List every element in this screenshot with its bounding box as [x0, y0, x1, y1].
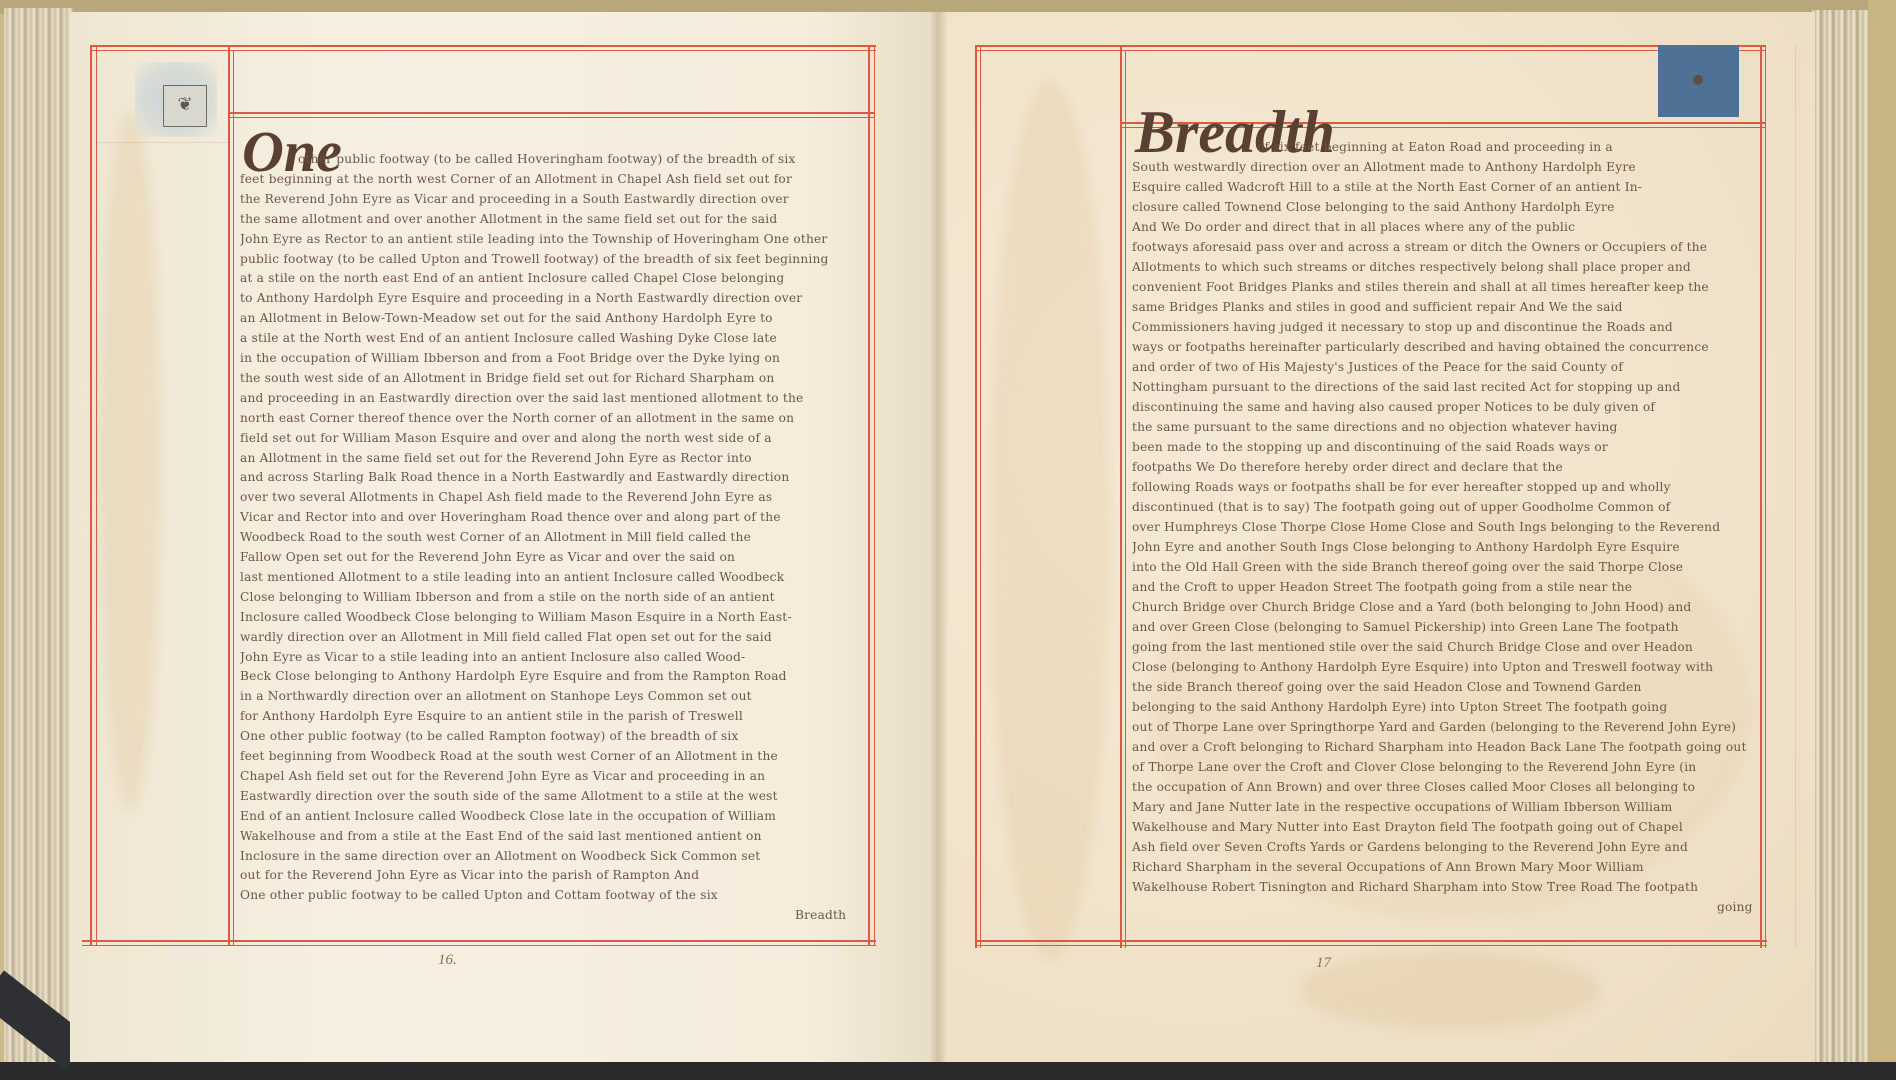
manuscript-line: an Allotment in the same field set out f… [240, 451, 870, 465]
book-gutter [930, 12, 948, 1062]
manuscript-line: One other public footway (to be called R… [240, 729, 870, 743]
manuscript-line: following Roads ways or footpaths shall … [1132, 480, 1758, 494]
manuscript-line: the occupation of Ann Brown) and over th… [1132, 780, 1758, 794]
manuscript-line: north east Corner thereof thence over th… [240, 411, 870, 425]
manuscript-line: discontinuing the same and having also c… [1132, 400, 1758, 414]
manuscript-line: Wakelhouse and Mary Nutter into East Dra… [1132, 820, 1758, 834]
manuscript-line: and proceeding in an Eastwardly directio… [240, 391, 870, 405]
manuscript-line: and over Green Close (belonging to Samue… [1132, 620, 1758, 634]
faint-ruling [1795, 45, 1796, 948]
manuscript-line: over Humphreys Close Thorpe Close Home C… [1132, 520, 1758, 534]
manuscript-line: And We Do order and direct that in all p… [1132, 220, 1758, 234]
right-bottom-rule [975, 940, 1767, 942]
left-top-rule-inner [90, 50, 876, 51]
manuscript-line: Fallow Open set out for the Reverend Joh… [240, 550, 870, 564]
manuscript-line: in the occupation of William Ibberson an… [240, 351, 870, 365]
manuscript-line: the Reverend John Eyre as Vicar and proc… [240, 192, 870, 206]
manuscript-line: discontinued (that is to say) The footpa… [1132, 500, 1758, 514]
left-bottom-rule-outer [82, 945, 876, 946]
manuscript-line: the south west side of an Allotment in B… [240, 371, 870, 385]
manuscript-line: Wakelhouse and from a stile at the East … [240, 829, 870, 843]
manuscript-line: John Eyre as Rector to an antient stile … [240, 232, 870, 246]
manuscript-line: Close (belonging to Anthony Hardolph Eyr… [1132, 660, 1758, 674]
left-margin-rule [228, 45, 230, 946]
manuscript-line: footways aforesaid pass over and across … [1132, 240, 1758, 254]
right-outer-rule [975, 45, 977, 948]
manuscript-line: Nottingham pursuant to the directions of… [1132, 380, 1758, 394]
right-right-rule [1760, 45, 1762, 948]
manuscript-line: same Bridges Planks and stiles in good a… [1132, 300, 1758, 314]
manuscript-line: last mentioned Allotment to a stile lead… [240, 570, 870, 584]
manuscript-line: out of Thorpe Lane over Springthorpe Yar… [1132, 720, 1758, 734]
right-margin-rule-inner [1125, 50, 1126, 948]
left-right-rule-outer [874, 45, 875, 946]
manuscript-line: the same allotment and over another Allo… [240, 212, 870, 226]
manuscript-line: going from the last mentioned stile over… [1132, 640, 1758, 654]
manuscript-line: over two several Allotments in Chapel As… [240, 490, 870, 504]
manuscript-line: and across Starling Balk Road thence in … [240, 470, 870, 484]
foxing-stain [990, 80, 1110, 960]
embossed-duty-stamp-icon: ❦ [163, 85, 207, 127]
manuscript-line: Commissioners having judged it necessary… [1132, 320, 1758, 334]
manuscript-line: convenient Foot Bridges Planks and stile… [1132, 280, 1758, 294]
left-bottom-rule [82, 940, 876, 942]
manuscript-line: been made to the stopping up and discont… [1132, 440, 1758, 454]
right-margin-rule [1120, 45, 1122, 948]
right-bottom-rule-outer [975, 945, 1767, 946]
left-page-number: 16. [438, 952, 457, 969]
manuscript-line: Allotments to which such streams or ditc… [1132, 260, 1758, 274]
book-cover-bottom-edge [0, 1062, 1896, 1080]
left-outer-rule-inner [96, 45, 97, 946]
manuscript-line: belonging to the said Anthony Hardolph E… [1132, 700, 1758, 714]
manuscript-line: and the Croft to upper Headon Street The… [1132, 580, 1758, 594]
manuscript-line: and order of two of His Majesty's Justic… [1132, 360, 1758, 374]
manuscript-line: of Thorpe Lane over the Croft and Clover… [1132, 760, 1758, 774]
manuscript-line: an Allotment in Below-Town-Meadow set ou… [240, 311, 870, 325]
foxing-stain [1300, 950, 1600, 1030]
left-outer-rule [90, 45, 92, 946]
manuscript-line: Church Bridge over Church Bridge Close a… [1132, 600, 1758, 614]
manuscript-line: Richard Sharpham in the several Occupati… [1132, 860, 1758, 874]
manuscript-line: into the Old Hall Green with the side Br… [1132, 560, 1758, 574]
right-page-number: 17 [1316, 955, 1331, 972]
manuscript-line: Breadth [795, 908, 870, 922]
manuscript-line: of six feet beginning at Eaton Road and … [1257, 140, 1758, 154]
left-top-rule [90, 45, 876, 47]
manuscript-line: to Anthony Hardolph Eyre Esquire and pro… [240, 291, 870, 305]
manuscript-line: Close belonging to William Ibberson and … [240, 590, 870, 604]
manuscript-line: Ash field over Seven Crofts Yards or Gar… [1132, 840, 1758, 854]
manuscript-line: One other public footway to be called Up… [240, 888, 870, 902]
manuscript-line: field set out for William Mason Esquire … [240, 431, 870, 445]
manuscript-line: the same pursuant to the same directions… [1132, 420, 1758, 434]
manuscript-line: Vicar and Rector into and over Hoveringh… [240, 510, 870, 524]
manuscript-line: feet beginning from Woodbeck Road at the… [240, 749, 870, 763]
right-top-rule-inner [975, 50, 1765, 51]
manuscript-line: Beck Close belonging to Anthony Hardolph… [240, 669, 870, 683]
right-right-rule-outer [1765, 45, 1766, 948]
manuscript-line: Inclosure called Woodbeck Close belongin… [240, 610, 870, 624]
manuscript-line: Eastwardly direction over the south side… [240, 789, 870, 803]
manuscript-line: public footway (to be called Upton and T… [240, 252, 870, 266]
manuscript-line: Inclosure in the same direction over an … [240, 849, 870, 863]
manuscript-line: Esquire called Wadcroft Hill to a stile … [1132, 180, 1758, 194]
book-cover-right-edge [1868, 0, 1896, 1080]
manuscript-line: Wakelhouse Robert Tisnington and Richard… [1132, 880, 1758, 894]
manuscript-line: the side Branch thereof going over the s… [1132, 680, 1758, 694]
manuscript-line: John Eyre and another South Ings Close b… [1132, 540, 1758, 554]
right-outer-rule-inner [980, 45, 981, 948]
paper-stain [100, 110, 160, 810]
right-top-rule [975, 45, 1765, 47]
manuscript-line: and over a Croft belonging to Richard Sh… [1132, 740, 1758, 754]
manuscript-line: footpaths We Do therefore hereby order d… [1132, 460, 1758, 474]
manuscript-line: out for the Reverend John Eyre as Vicar … [240, 868, 870, 882]
manuscript-line: at a stile on the north east End of an a… [240, 271, 870, 285]
left-margin-rule-inner [233, 50, 234, 946]
manuscript-line: wardly direction over an Allotment in Mi… [240, 630, 870, 644]
manuscript-line: other public footway (to be called Hover… [298, 152, 870, 166]
manuscript-line: closure called Townend Close belonging t… [1132, 200, 1758, 214]
blue-revenue-stamp-icon [1658, 45, 1739, 117]
manuscript-line: Chapel Ash field set out for the Reveren… [240, 769, 870, 783]
manuscript-line: a stile at the North west End of an anti… [240, 331, 870, 345]
left-header-rule [228, 112, 874, 114]
manuscript-line: End of an antient Inclosure called Woodb… [240, 809, 870, 823]
manuscript-line: going [1717, 900, 1758, 914]
manuscript-line: in a Northwardly direction over an allot… [240, 689, 870, 703]
left-page-stack [4, 8, 74, 1063]
faint-ruling [97, 142, 228, 143]
manuscript-line: feet beginning at the north west Corner … [240, 172, 870, 186]
manuscript-line: for Anthony Hardolph Eyre Esquire to an … [240, 709, 870, 723]
manuscript-line: ways or footpaths hereinafter particular… [1132, 340, 1758, 354]
manuscript-line: South westwardly direction over an Allot… [1132, 160, 1758, 174]
manuscript-line: John Eyre as Vicar to a stile leading in… [240, 650, 870, 664]
manuscript-line: Mary and Jane Nutter late in the respect… [1132, 800, 1758, 814]
right-page-initial: Breadth [1135, 98, 1335, 167]
manuscript-line: Woodbeck Road to the south west Corner o… [240, 530, 870, 544]
